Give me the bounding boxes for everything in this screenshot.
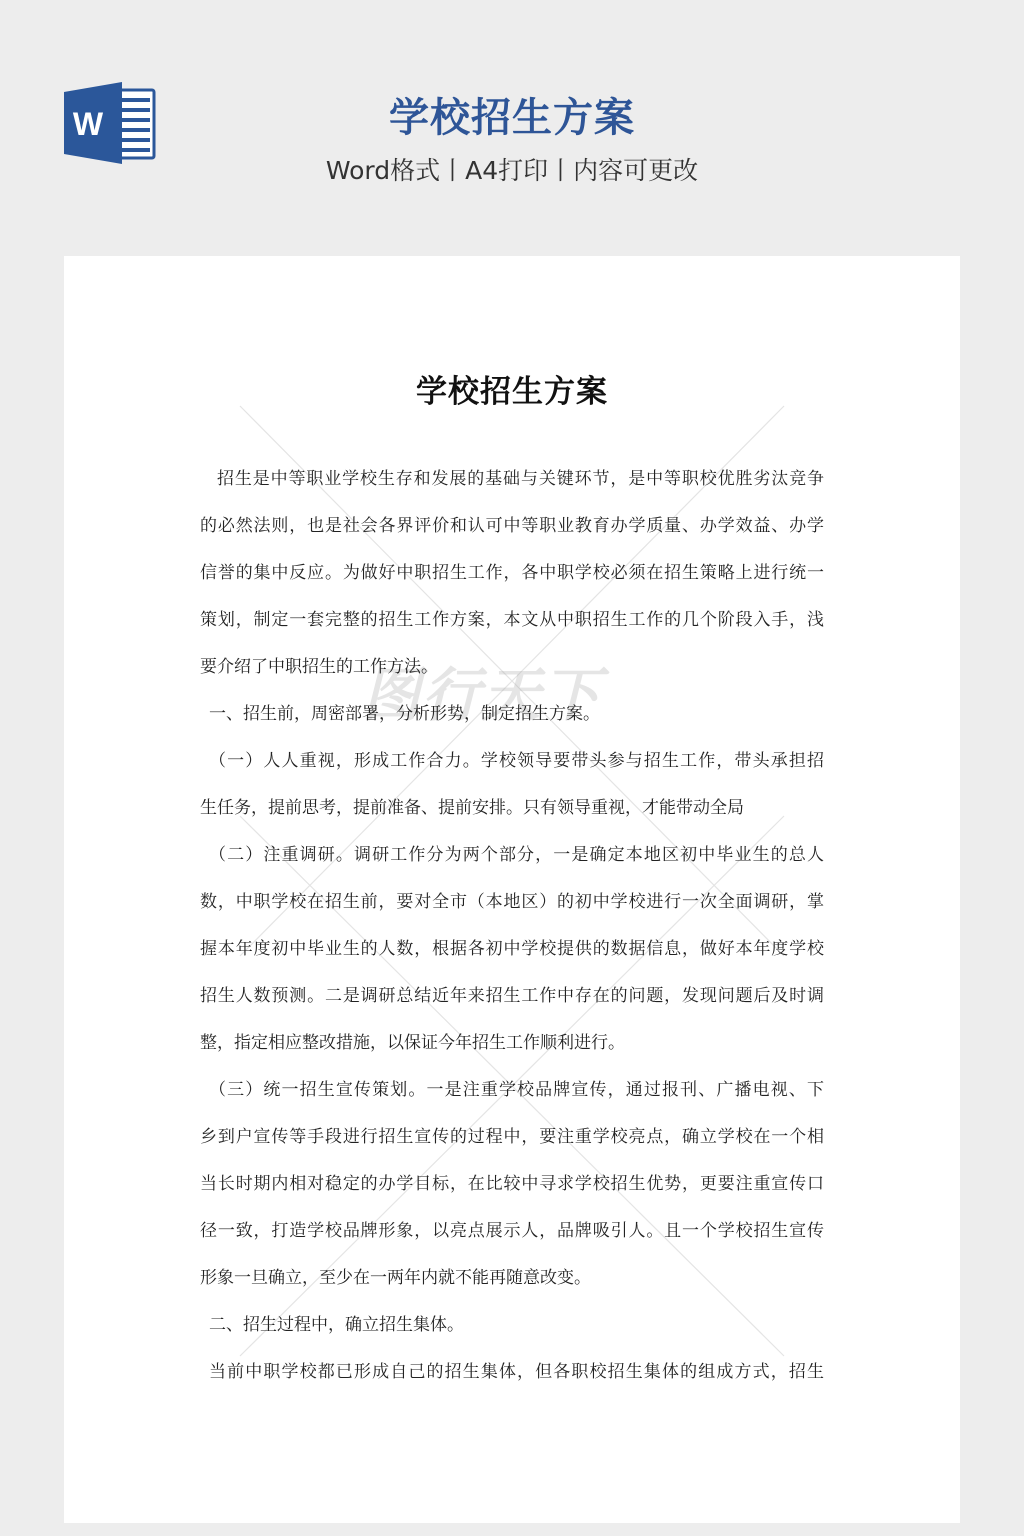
document-line: 策划，制定一套完整的招生工作方案，本文从中职招生工作的几个阶段入手，浅 (200, 603, 824, 650)
document-line: 形象一旦确立，至少在一两年内就不能再随意改变。 (200, 1261, 824, 1308)
document-line: 当前中职学校都已形成自己的招生集体，但各职校招生集体的组成方式，招生 (200, 1355, 824, 1402)
document-line: （一）人人重视，形成工作合力。学校领导要带头参与招生工作，带头承担招 (200, 744, 824, 791)
document-line: 整，指定相应整改措施，以保证今年招生工作顺利进行。 (200, 1026, 824, 1073)
document-line: 招生人数预测。二是调研总结近年来招生工作中存在的问题，发现问题后及时调 (200, 979, 824, 1026)
document-line: 数，中职学校在招生前，要对全市（本地区）的初中学校进行一次全面调研，掌 (200, 885, 824, 932)
document-line: （二）注重调研。调研工作分为两个部分，一是确定本地区初中毕业生的总人 (200, 838, 824, 885)
document-line: 信誉的集中反应。为做好中职招生工作，各中职学校必须在招生策略上进行统一 (200, 556, 824, 603)
document-line: 握本年度初中毕业生的人数，根据各初中学校提供的数据信息，做好本年度学校 (200, 932, 824, 979)
document-line: 乡到户宣传等手段进行招生宣传的过程中，要注重学校亮点，确立学校在一个相 (200, 1120, 824, 1167)
document-line: 要介绍了中职招生的工作方法。 (200, 650, 824, 697)
document-title: 学校招生方案 (64, 366, 960, 411)
header-title: 学校招生方案 (0, 92, 1024, 144)
document-line: 一、招生前，周密部署，分析形势，制定招生方案。 (200, 697, 824, 744)
document-line: 二、招生过程中，确立招生集体。 (200, 1308, 824, 1355)
document-line: 生任务，提前思考，提前准备、提前安排。只有领导重视，才能带动全局 (200, 791, 824, 838)
header-subtitle: Word格式丨A4打印丨内容可更改 (0, 152, 1024, 190)
document-body: 招生是中等职业学校生存和发展的基础与关键环节，是中等职校优胜劣汰竞争的必然法则，… (200, 462, 824, 1402)
header-banner: W 学校招生方案 Word格式丨A4打印丨内容可更改 (0, 0, 1024, 256)
document-line: 招生是中等职业学校生存和发展的基础与关键环节，是中等职校优胜劣汰竞争 (200, 462, 824, 509)
document-line: 的必然法则，也是社会各界评价和认可中等职业教育办学质量、办学效益、办学 (200, 509, 824, 556)
document-line: （三）统一招生宣传策划。一是注重学校品牌宣传，通过报刊、广播电视、下 (200, 1073, 824, 1120)
document-page: 图行天下 学校招生方案 招生是中等职业学校生存和发展的基础与关键环节，是中等职校… (64, 256, 960, 1523)
document-line: 当长时期内相对稳定的办学目标，在比较中寻求学校招生优势，更要注重宣传口 (200, 1167, 824, 1214)
document-line: 径一致，打造学校品牌形象，以亮点展示人，品牌吸引人。且一个学校招生宣传 (200, 1214, 824, 1261)
